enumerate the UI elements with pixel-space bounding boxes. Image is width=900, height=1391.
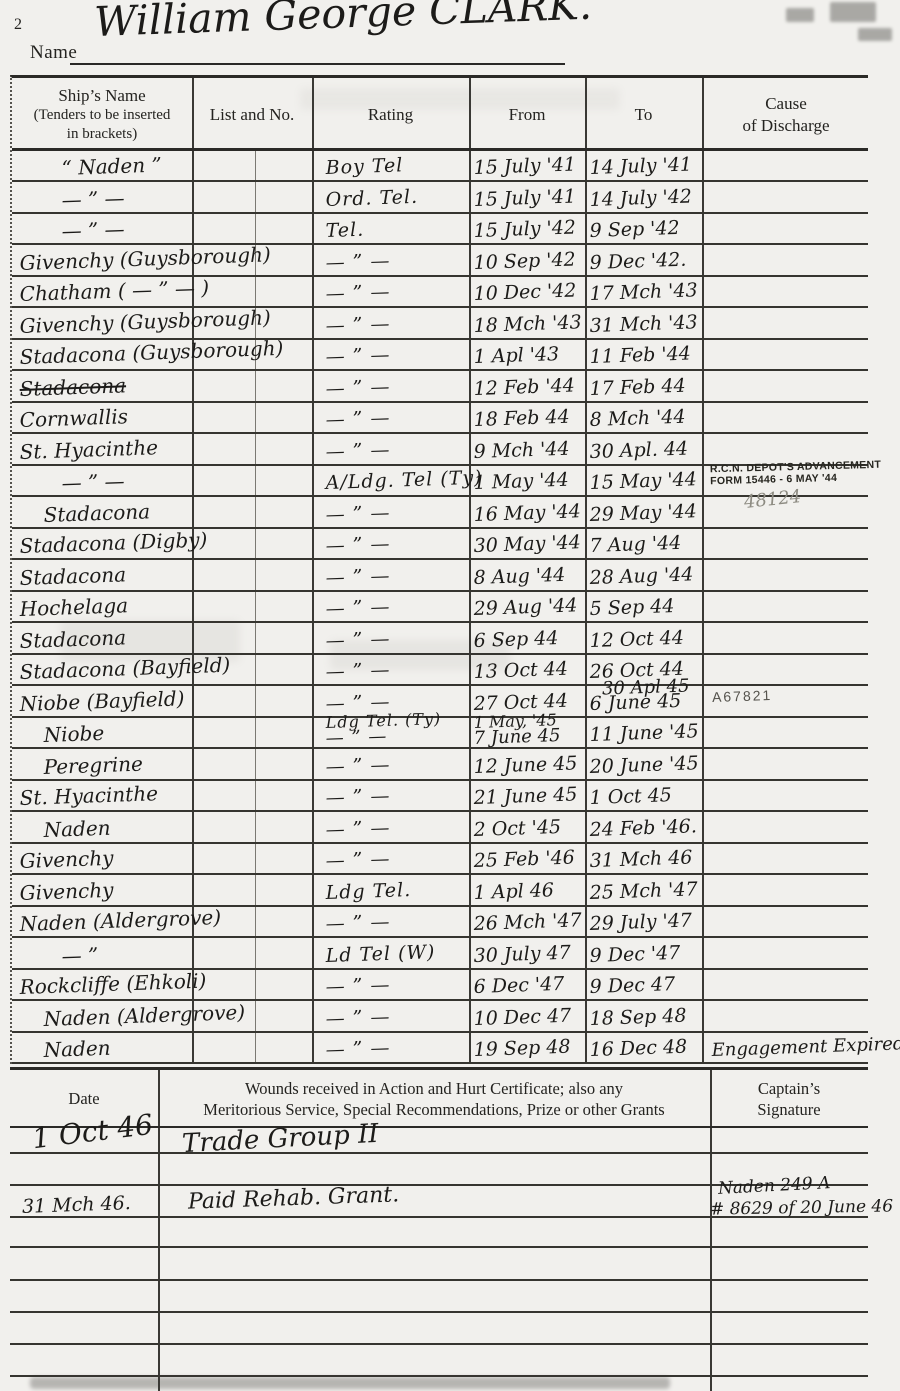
from-date: 10 Sep '42: [473, 250, 576, 273]
rating-value: — ” —: [325, 787, 390, 808]
cause-cell: [702, 340, 868, 369]
rating-cell: — ” —: [312, 1033, 469, 1062]
ship-name: Stadacona: [19, 564, 126, 588]
list-no-cell: [192, 1033, 312, 1062]
ship-name: St. Hyacinthe: [19, 437, 158, 462]
cause-cell: [702, 403, 868, 432]
to-date: 17 Feb 44: [589, 377, 686, 399]
ship-name: “ Naden ”: [61, 155, 162, 178]
to-date: 29 May '44: [589, 502, 697, 525]
header-text: Rating: [368, 104, 413, 125]
name-value: William George CLARK.: [94, 0, 593, 43]
service-record-page: 2 Name William George CLARK. Ship’s Name…: [0, 0, 900, 1391]
header-text: Cause: [765, 93, 807, 114]
table-header-row: Ship’s Name (Tenders to be inserted in b…: [12, 78, 868, 151]
from-cell: 30 July 47: [469, 938, 585, 967]
ship-name-cell: — ” —: [12, 466, 192, 495]
ship-name-cell: Peregrine: [12, 749, 192, 778]
ship-name-cell: — ” —: [12, 182, 192, 211]
to-cell: 31 Mch 46: [585, 844, 702, 873]
to-date: 12 Oct 44: [589, 628, 684, 650]
rating-cell: — ” —: [312, 277, 469, 306]
list-no-cell: [192, 686, 312, 715]
list-no-cell: [192, 403, 312, 432]
ship-name-cell: “ Naden ”: [12, 151, 192, 180]
name-underline: [70, 63, 565, 65]
ship-name: Chatham ( — ” — ): [19, 278, 209, 305]
list-no-cell: [192, 434, 312, 463]
rating-cell: — ” —: [312, 1001, 469, 1030]
list-no-cell: [192, 182, 312, 211]
to-date: 9 Sep '42: [589, 219, 680, 241]
to-date: 24 Feb '46.: [589, 817, 697, 840]
list-no-cell: [192, 907, 312, 936]
header-text: Ship’s Name: [58, 85, 145, 106]
to-cell: 1 Oct 45: [585, 781, 702, 810]
rating-cell: Ld Tel (W): [312, 938, 469, 967]
ship-name-cell: Givenchy (Guysborough): [12, 308, 192, 337]
list-no-cell: [192, 938, 312, 967]
from-cell: 10 Dec '42: [469, 277, 585, 306]
ship-name-cell: St. Hyacinthe: [12, 434, 192, 463]
from-date: 30 May '44: [473, 534, 581, 557]
rating-value: — ” —: [325, 346, 390, 367]
from-cell: 2 Oct '45: [469, 812, 585, 841]
rating-cell: — ” —: [312, 812, 469, 841]
rating-value: — ” —: [325, 598, 390, 619]
from-cell: 6 Sep 44: [469, 623, 585, 652]
to-date: 25 Mch '47: [589, 880, 698, 903]
bleed-smudge: [786, 8, 814, 22]
rating-cell: — ” —: [312, 529, 469, 558]
table-row: Naden — ” — 2 Oct '45 24 Feb '46.: [12, 812, 868, 843]
table-row: Stadacona — ” — 12 Feb '44 17 Feb 44: [12, 371, 868, 402]
to-date: 29 July '47: [589, 912, 692, 935]
rating-value: — ” —: [325, 441, 390, 462]
rating-value: — ” —: [325, 378, 390, 399]
from-date: 29 Aug '44: [473, 597, 577, 620]
ruled-line: [10, 1313, 868, 1345]
from-date: 19 Sep 48: [473, 1038, 570, 1060]
table-row: Stadacona — ” — 8 Aug '44 28 Aug '44: [12, 560, 868, 591]
rating-value: — ” —: [325, 850, 390, 871]
ship-name-cell: Niobe (Bayfield): [12, 686, 192, 715]
ship-name-cell: Chatham ( — ” — ): [12, 277, 192, 306]
to-cell: 16 Dec 48: [585, 1033, 702, 1062]
ship-name-cell: Givenchy: [12, 844, 192, 873]
service-history-table: Ship’s Name (Tenders to be inserted in b…: [10, 75, 868, 1064]
from-cell: 1 May, '45 7 June 45: [469, 718, 585, 747]
table-row: “ Naden ” Boy Tel 15 July '41 14 July '4…: [12, 151, 868, 182]
rating-cell: — ” —: [312, 371, 469, 400]
from-cell: 21 June 45: [469, 781, 585, 810]
ship-name: Givenchy: [19, 879, 113, 902]
ship-name: Stadacona: [19, 375, 126, 399]
cause-cell: [702, 844, 868, 873]
list-no-cell: [192, 245, 312, 274]
to-cell: 17 Mch '43: [585, 277, 702, 306]
from-date: 15 July '41: [473, 156, 576, 179]
list-no-cell: [192, 812, 312, 841]
rating-value: Ord. Tel.: [325, 188, 418, 210]
list-no-cell: [192, 655, 312, 684]
table-row: Naden (Aldergrove) — ” — 26 Mch '47 29 J…: [12, 907, 868, 938]
to-date: 14 July '42: [589, 187, 692, 210]
rating-value: — ” —: [325, 1039, 390, 1060]
to-cell: 11 June '45: [585, 718, 702, 747]
cause-cell: [702, 655, 868, 684]
cause-cell: [702, 938, 868, 967]
cause-cell: [702, 781, 868, 810]
column-header-ship: Ship’s Name (Tenders to be inserted in b…: [12, 78, 192, 151]
list-no-cell: [192, 466, 312, 495]
column-header-cause: Cause of Discharge: [702, 78, 870, 151]
rating-value: Boy Tel: [325, 157, 403, 179]
list-no-cell: [192, 592, 312, 621]
grants-ruled-lines: [10, 1128, 868, 1391]
to-date: 15 May '44: [589, 471, 697, 494]
ship-name: Peregrine: [43, 753, 143, 776]
to-cell: 29 May '44: [585, 497, 702, 526]
to-date: 31 Mch '43: [589, 313, 698, 336]
cause-cell: [702, 560, 868, 589]
ship-name-cell: Stadacona: [12, 371, 192, 400]
header-text: Captain’s: [758, 1078, 820, 1099]
table-row: Givenchy Ldg Tel. 1 Apl 46 25 Mch '47: [12, 875, 868, 906]
column-header-signature: Captain’s Signature: [710, 1070, 868, 1128]
from-date-second: 7 June 45: [473, 727, 560, 748]
from-cell: 12 June 45: [469, 749, 585, 778]
list-no-cell: [192, 529, 312, 558]
from-date: 8 Aug '44: [473, 566, 565, 588]
rating-cell: Ldg Tel.: [312, 875, 469, 904]
rating-value: — ” —: [325, 409, 390, 430]
header-text: Wounds received in Action and Hurt Certi…: [245, 1078, 623, 1099]
table-row: Givenchy (Guysborough) — ” — 10 Sep '42 …: [12, 245, 868, 276]
from-date: 15 July '41: [473, 187, 576, 210]
from-cell: 25 Feb '46: [469, 844, 585, 873]
ship-name-cell: — ” —: [12, 214, 192, 243]
ruled-line: [10, 1248, 868, 1281]
header-text: Date: [68, 1088, 99, 1109]
to-date: 7 Aug '44: [589, 534, 681, 556]
to-cell: 9 Sep '42: [585, 214, 702, 243]
from-date: 10 Dec '42: [473, 282, 576, 305]
to-cell: 18 Sep 48: [585, 1001, 702, 1030]
ship-name-cell: Givenchy: [12, 875, 192, 904]
ship-name-cell: — ”: [12, 938, 192, 967]
cause-cell: [702, 245, 868, 274]
rating-cell: — ” —: [312, 749, 469, 778]
from-date: 12 June 45: [473, 754, 577, 777]
table-row: — ” — Ord. Tel. 15 July '41 14 July '42: [12, 182, 868, 213]
cause-cell: Engagement Expired: [702, 1033, 868, 1062]
header-text: of Discharge: [742, 115, 829, 136]
table-row: St. Hyacinthe — ” — 9 Mch '44 30 Apl. 44: [12, 434, 868, 465]
cause-cell: [702, 308, 868, 337]
to-date: 20 June '45: [589, 754, 699, 777]
rating-cell: — ” —: [312, 655, 469, 684]
ship-name-cell: Naden (Aldergrove): [12, 1001, 192, 1030]
list-no-cell: [192, 340, 312, 369]
to-date: 11 Feb '44: [589, 345, 691, 368]
list-no-cell: [192, 151, 312, 180]
cause-cell: [702, 812, 868, 841]
from-date: 15 July '42: [473, 219, 576, 242]
rating-cell: Tel.: [312, 214, 469, 243]
list-no-cell: [192, 560, 312, 589]
rating-value: Ld Tel (W): [325, 943, 435, 966]
to-cell: 31 Mch '43: [585, 308, 702, 337]
to-cell: 14 July '42: [585, 182, 702, 211]
ship-name: Stadacona (Digby): [19, 530, 207, 557]
ruled-line: [10, 1218, 868, 1248]
from-cell: 9 Mch '44: [469, 434, 585, 463]
list-no-cell: [192, 749, 312, 778]
column-header-from: From: [469, 78, 585, 151]
ship-name-cell: Stadacona: [12, 623, 192, 652]
header-text: From: [509, 104, 546, 125]
to-cell: 28 Aug '44: [585, 560, 702, 589]
cause-cell: [702, 371, 868, 400]
ship-name-cell: Stadacona (Digby): [12, 529, 192, 558]
from-date: 21 June 45: [473, 786, 577, 809]
ship-name: — ” —: [61, 188, 125, 210]
to-cell: 20 June '45: [585, 749, 702, 778]
table-row: St. Hyacinthe — ” — 21 June 45 1 Oct 45: [12, 781, 868, 812]
ship-name-cell: Stadacona (Guysborough): [12, 340, 192, 369]
ship-name: Stadacona: [43, 501, 150, 525]
from-cell: 15 July '41: [469, 182, 585, 211]
table-row: Naden — ” — 19 Sep 48 16 Dec 48 Engageme…: [12, 1033, 868, 1064]
advancement-note: R.C.N. DEPOT'S ADVANCEMENT FORM 15446 - …: [710, 459, 882, 487]
to-date: 11 June '45: [589, 722, 699, 745]
from-date: 26 Mch '47: [473, 911, 582, 934]
to-cell: 11 Feb '44: [585, 340, 702, 369]
grant-entry-date: 31 Mch 46.: [22, 1194, 131, 1217]
list-no-cell: [192, 718, 312, 747]
from-cell: 12 Feb '44: [469, 371, 585, 400]
from-cell: 13 Oct 44: [469, 655, 585, 684]
table-row: Rockcliffe (Ehkoli) — ” — 6 Dec '47 9 De…: [12, 970, 868, 1001]
column-header-list-no: List and No.: [192, 78, 312, 151]
reference-number: A67821: [712, 687, 773, 705]
header-text: in brackets): [67, 125, 137, 144]
rating-value: — ” —: [325, 567, 390, 588]
to-cell: 15 May '44: [585, 466, 702, 495]
ruled-line: [10, 1345, 868, 1377]
rating-value: — ” —: [325, 283, 390, 304]
from-cell: 19 Sep 48: [469, 1033, 585, 1062]
table-row: Stadacona — ” — 6 Sep 44 12 Oct 44: [12, 623, 868, 654]
to-cell: 30 Apl. 44: [585, 434, 702, 463]
inserted-to-date: 30 Apl 45: [602, 677, 690, 698]
from-date: 18 Feb 44: [473, 408, 570, 430]
list-no-cell: [192, 781, 312, 810]
rating-value: — ” —: [325, 818, 390, 839]
to-cell: 29 July '47: [585, 907, 702, 936]
from-date: 18 Mch '43: [473, 313, 582, 336]
from-cell: 30 May '44: [469, 529, 585, 558]
header-text: Signature: [757, 1099, 820, 1120]
rating-value-second: — ” —: [325, 728, 387, 748]
name-label: Name: [30, 42, 77, 64]
ship-name: Cornwallis: [19, 407, 128, 431]
ship-name-cell: Rockcliffe (Ehkoli): [12, 970, 192, 999]
from-date: 6 Dec '47: [473, 975, 564, 997]
ship-name-cell: Naden (Aldergrove): [12, 907, 192, 936]
ship-name: — ” —: [61, 471, 125, 493]
from-date: 1 Apl '43: [473, 345, 559, 367]
from-cell: 1 Apl 46: [469, 875, 585, 904]
ship-name-cell: Naden: [12, 1033, 192, 1062]
from-date: 2 Oct '45: [473, 818, 561, 840]
column-header-to: To: [585, 78, 702, 151]
rating-value: — ” —: [325, 504, 390, 525]
column-header-description: Wounds received in Action and Hurt Certi…: [158, 1070, 710, 1128]
ship-name-cell: Naden: [12, 812, 192, 841]
ship-name-cell: Hochelaga: [12, 592, 192, 621]
ship-name-cell: Cornwallis: [12, 403, 192, 432]
bleed-smudge: [858, 28, 892, 41]
table-row: Stadacona (Guysborough) — ” — 1 Apl '43 …: [12, 340, 868, 371]
cause-cell: [702, 875, 868, 904]
rating-value: A/Ldg. Tel (Ty): [325, 469, 483, 493]
ship-name-cell: Stadacona: [12, 497, 192, 526]
from-date: 1 Apl 46: [473, 881, 554, 903]
ship-name: Givenchy: [19, 848, 113, 871]
cause-cell: [702, 718, 868, 747]
cause-cell: [702, 182, 868, 211]
ship-name: Naden: [43, 817, 111, 839]
list-no-cell: [192, 875, 312, 904]
list-no-cell: [192, 371, 312, 400]
from-date: 30 July 47: [473, 943, 571, 965]
list-no-cell: [192, 623, 312, 652]
from-cell: 15 July '41: [469, 151, 585, 180]
cause-value: Engagement Expired: [711, 1035, 900, 1060]
list-no-cell: [192, 844, 312, 873]
from-cell: 6 Dec '47: [469, 970, 585, 999]
to-date: 31 Mch 46: [589, 849, 692, 872]
rating-cell: — ” —: [312, 340, 469, 369]
to-cell: 25 Mch '47: [585, 875, 702, 904]
to-date: 16 Dec 48: [589, 1038, 687, 1060]
rating-cell: Boy Tel: [312, 151, 469, 180]
from-cell: 8 Aug '44: [469, 560, 585, 589]
rating-cell: — ” —: [312, 403, 469, 432]
cause-cell: [702, 907, 868, 936]
list-no-cell: [192, 970, 312, 999]
rating-cell: — ” —: [312, 497, 469, 526]
from-cell: 1 May '44: [469, 466, 585, 495]
rating-value: — ” —: [325, 661, 390, 682]
list-no-cell: [192, 1001, 312, 1030]
rating-cell: — ” —: [312, 907, 469, 936]
rating-cell: — ” —: [312, 245, 469, 274]
rating-cell: — ” —: [312, 434, 469, 463]
from-cell: 18 Mch '43: [469, 308, 585, 337]
from-date: 13 Oct 44: [473, 660, 568, 682]
header-text: Meritorious Service, Special Recommendat…: [203, 1099, 664, 1120]
cause-cell: [702, 277, 868, 306]
ship-name: Hochelaga: [19, 595, 128, 619]
from-cell: 1 Apl '43: [469, 340, 585, 369]
rating-value: — ” —: [325, 630, 390, 651]
from-date: 6 Sep 44: [473, 629, 558, 651]
ship-name-cell: St. Hyacinthe: [12, 781, 192, 810]
cause-cell: [702, 623, 868, 652]
from-cell: 16 May '44: [469, 497, 585, 526]
rating-value: — ” —: [325, 1007, 390, 1028]
from-date: 12 Feb '44: [473, 376, 575, 399]
table-row: Stadacona — ” — 16 May '44 29 May '44: [12, 497, 868, 528]
page-number: 2: [14, 16, 22, 34]
header-text: (Tenders to be inserted: [34, 106, 171, 125]
rating-value: — ” —: [325, 913, 390, 934]
table-row: Chatham ( — ” — ) — ” — 10 Dec '42 17 Mc…: [12, 277, 868, 308]
to-date: 1 Oct 45: [589, 786, 672, 808]
table-row: — ” — Tel. 15 July '42 9 Sep '42: [12, 214, 868, 245]
table-row: Niobe Ldg Tel. (Ty) — ” — 1 May, '45 7 J…: [12, 718, 868, 749]
rating-cell: — ” —: [312, 592, 469, 621]
to-cell: 14 July '41: [585, 151, 702, 180]
list-no-cell: [192, 277, 312, 306]
table-row: Cornwallis — ” — 18 Feb 44 8 Mch '44: [12, 403, 868, 434]
table-row: Givenchy — ” — 25 Feb '46 31 Mch 46: [12, 844, 868, 875]
from-cell: 10 Dec 47: [469, 1001, 585, 1030]
rating-value: — ” —: [325, 535, 390, 556]
cause-cell: [702, 592, 868, 621]
rating-cell: — ” —: [312, 560, 469, 589]
ship-name-cell: Stadacona (Bayfield): [12, 655, 192, 684]
from-date: 16 May '44: [473, 502, 581, 525]
rating-cell: Ord. Tel.: [312, 182, 469, 211]
from-cell: 18 Feb 44: [469, 403, 585, 432]
cause-cell: [702, 214, 868, 243]
to-cell: 24 Feb '46.: [585, 812, 702, 841]
to-date: 9 Dec '47: [589, 943, 680, 965]
ship-name-cell: Stadacona: [12, 560, 192, 589]
to-date: 9 Dec '42.: [589, 251, 686, 273]
to-date: 30 Apl. 44: [589, 439, 688, 461]
to-date: 28 Aug '44: [589, 565, 693, 588]
to-cell: 8 Mch '44: [585, 403, 702, 432]
list-no-cell: [192, 308, 312, 337]
rating-cell: — ” —: [312, 781, 469, 810]
table-body: “ Naden ” Boy Tel 15 July '41 14 July '4…: [12, 151, 868, 1064]
from-date: 1 May '44: [473, 471, 569, 493]
from-cell: 10 Sep '42: [469, 245, 585, 274]
cause-cell: [702, 749, 868, 778]
rating-cell: — ” —: [312, 844, 469, 873]
to-cell: 9 Dec 47: [585, 970, 702, 999]
rating-cell: — ” —: [312, 623, 469, 652]
rating-cell: A/Ldg. Tel (Ty): [312, 466, 469, 495]
list-no-cell: [192, 497, 312, 526]
from-date: 25 Feb '46: [473, 849, 575, 872]
ship-name: Naden: [43, 1038, 111, 1060]
rating-value: Tel.: [325, 221, 364, 241]
ship-name: — ”: [61, 944, 98, 965]
table-row: Peregrine — ” — 12 June 45 20 June '45: [12, 749, 868, 780]
table-row: Givenchy (Guysborough) — ” — 18 Mch '43 …: [12, 308, 868, 339]
column-header-rating: Rating: [312, 78, 469, 151]
from-cell: 29 Aug '44: [469, 592, 585, 621]
to-cell: 5 Sep 44: [585, 592, 702, 621]
table-row: Naden (Aldergrove) — ” — 10 Dec 47 18 Se…: [12, 1001, 868, 1032]
ship-name: Niobe: [43, 723, 104, 745]
